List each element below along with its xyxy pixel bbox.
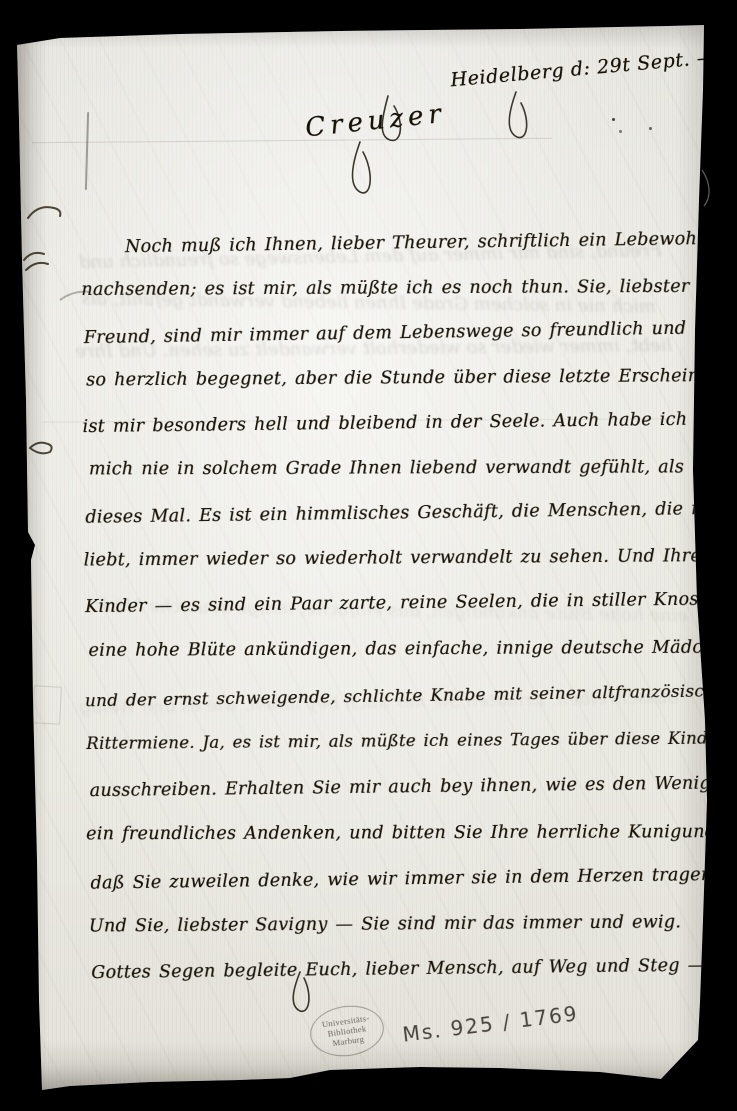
ink-speck [649,127,652,130]
letter-line: Rittermiene. Ja, es ist mir, als müßte i… [86,728,726,753]
letter-line: Freund, sind mir immer auf dem Lebensweg… [84,319,687,348]
ink-speck [619,130,622,133]
letter-line: daß Sie zuweilen denke, wie wir immer si… [90,865,718,894]
letter-scan-photo: Freund, sind mir immer auf dem Lebensweg… [0,0,737,1111]
paper-sheet: Freund, sind mir immer auf dem Lebensweg… [0,0,737,1111]
letter-line: Gottes Segen begleite Euch, lieber Mensc… [91,956,705,984]
letter-line: ist mir besonders hell und bleibend in d… [82,410,687,437]
letter-line: liebt, immer wieder so wiederholt verwan… [84,546,702,570]
letter-line: Kinder — es sind ein Paar zarte, reine S… [85,589,721,617]
letter-line: und der ernst schweigende, schlichte Kna… [85,680,737,710]
letter-line: so herzlich begegnet, aber die Stunde üb… [86,366,734,391]
letter-line: ausschreiben. Erhalten Sie mir auch bey … [90,773,734,801]
letter-line: eine hohe Blüte ankündigen, das einfache… [88,637,736,660]
ink-speck [612,118,615,121]
letter-line: nachsenden; es ist mir, als müßte ich es… [81,277,689,300]
letter-line: mich nie in solchem Grade Ihnen liebend … [89,457,684,479]
letter-line: Noch muß ich Ihnen, lieber Theurer, schr… [125,229,703,257]
letter-body: Noch muß ich Ihnen, lieber Theurer, schr… [0,0,737,1111]
letter-line: Und Sie, liebster Savigny — Sie sind mir… [89,912,681,936]
letter-line: dieses Mal. Es ist ein himmlisches Gesch… [85,499,730,528]
letter-line: ein freundliches Andenken, und bitten Si… [86,822,733,844]
